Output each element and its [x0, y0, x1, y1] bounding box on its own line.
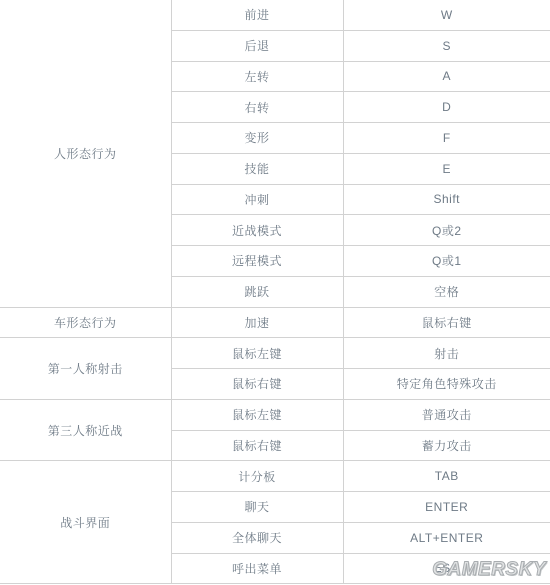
key-cell: TAB [343, 461, 550, 492]
key-cell: E [343, 153, 550, 184]
action-cell: 冲刺 [171, 184, 343, 215]
action-cell: 远程模式 [171, 246, 343, 277]
action-cell: 前进 [171, 0, 343, 30]
category-cell: 车形态行为 [0, 307, 171, 338]
category-cell: 第三人称近战 [0, 399, 171, 461]
action-cell: 近战模式 [171, 215, 343, 246]
table-row: 第一人称射击鼠标左键射击 [0, 338, 550, 369]
keybindings-page: 人形态行为前进W后退S左转A右转D变形F技能E冲刺Shift近战模式Q或2远程模… [0, 0, 550, 585]
table-row: 战斗界面计分板TAB [0, 461, 550, 492]
action-cell: 鼠标右键 [171, 369, 343, 400]
action-cell: 呼出菜单 [171, 553, 343, 584]
key-cell: S [343, 30, 550, 61]
key-cell: ESC [343, 553, 550, 584]
key-cell: ENTER [343, 492, 550, 523]
action-cell: 鼠标右键 [171, 430, 343, 461]
key-cell: Q或1 [343, 246, 550, 277]
key-cell: Q或2 [343, 215, 550, 246]
table-row: 人形态行为前进W [0, 0, 550, 30]
category-cell: 战斗界面 [0, 461, 171, 584]
action-cell: 聊天 [171, 492, 343, 523]
keybindings-table: 人形态行为前进W后退S左转A右转D变形F技能E冲刺Shift近战模式Q或2远程模… [0, 0, 550, 584]
action-cell: 左转 [171, 61, 343, 92]
action-cell: 鼠标左键 [171, 399, 343, 430]
key-cell: Shift [343, 184, 550, 215]
action-cell: 计分板 [171, 461, 343, 492]
key-cell: D [343, 92, 550, 123]
category-cell: 第一人称射击 [0, 338, 171, 400]
keybindings-table-body: 人形态行为前进W后退S左转A右转D变形F技能E冲刺Shift近战模式Q或2远程模… [0, 0, 550, 584]
action-cell: 鼠标左键 [171, 338, 343, 369]
category-cell: 人形态行为 [0, 0, 171, 307]
key-cell: W [343, 0, 550, 30]
key-cell: 空格 [343, 276, 550, 307]
table-row: 第三人称近战鼠标左键普通攻击 [0, 399, 550, 430]
key-cell: 射击 [343, 338, 550, 369]
key-cell: 特定角色特殊攻击 [343, 369, 550, 400]
key-cell: 蓄力攻击 [343, 430, 550, 461]
key-cell: 鼠标右键 [343, 307, 550, 338]
action-cell: 技能 [171, 153, 343, 184]
action-cell: 变形 [171, 123, 343, 154]
key-cell: ALT+ENTER [343, 522, 550, 553]
action-cell: 后退 [171, 30, 343, 61]
action-cell: 加速 [171, 307, 343, 338]
table-row: 车形态行为加速鼠标右键 [0, 307, 550, 338]
key-cell: F [343, 123, 550, 154]
action-cell: 跳跃 [171, 276, 343, 307]
key-cell: A [343, 61, 550, 92]
action-cell: 全体聊天 [171, 522, 343, 553]
key-cell: 普通攻击 [343, 399, 550, 430]
action-cell: 右转 [171, 92, 343, 123]
